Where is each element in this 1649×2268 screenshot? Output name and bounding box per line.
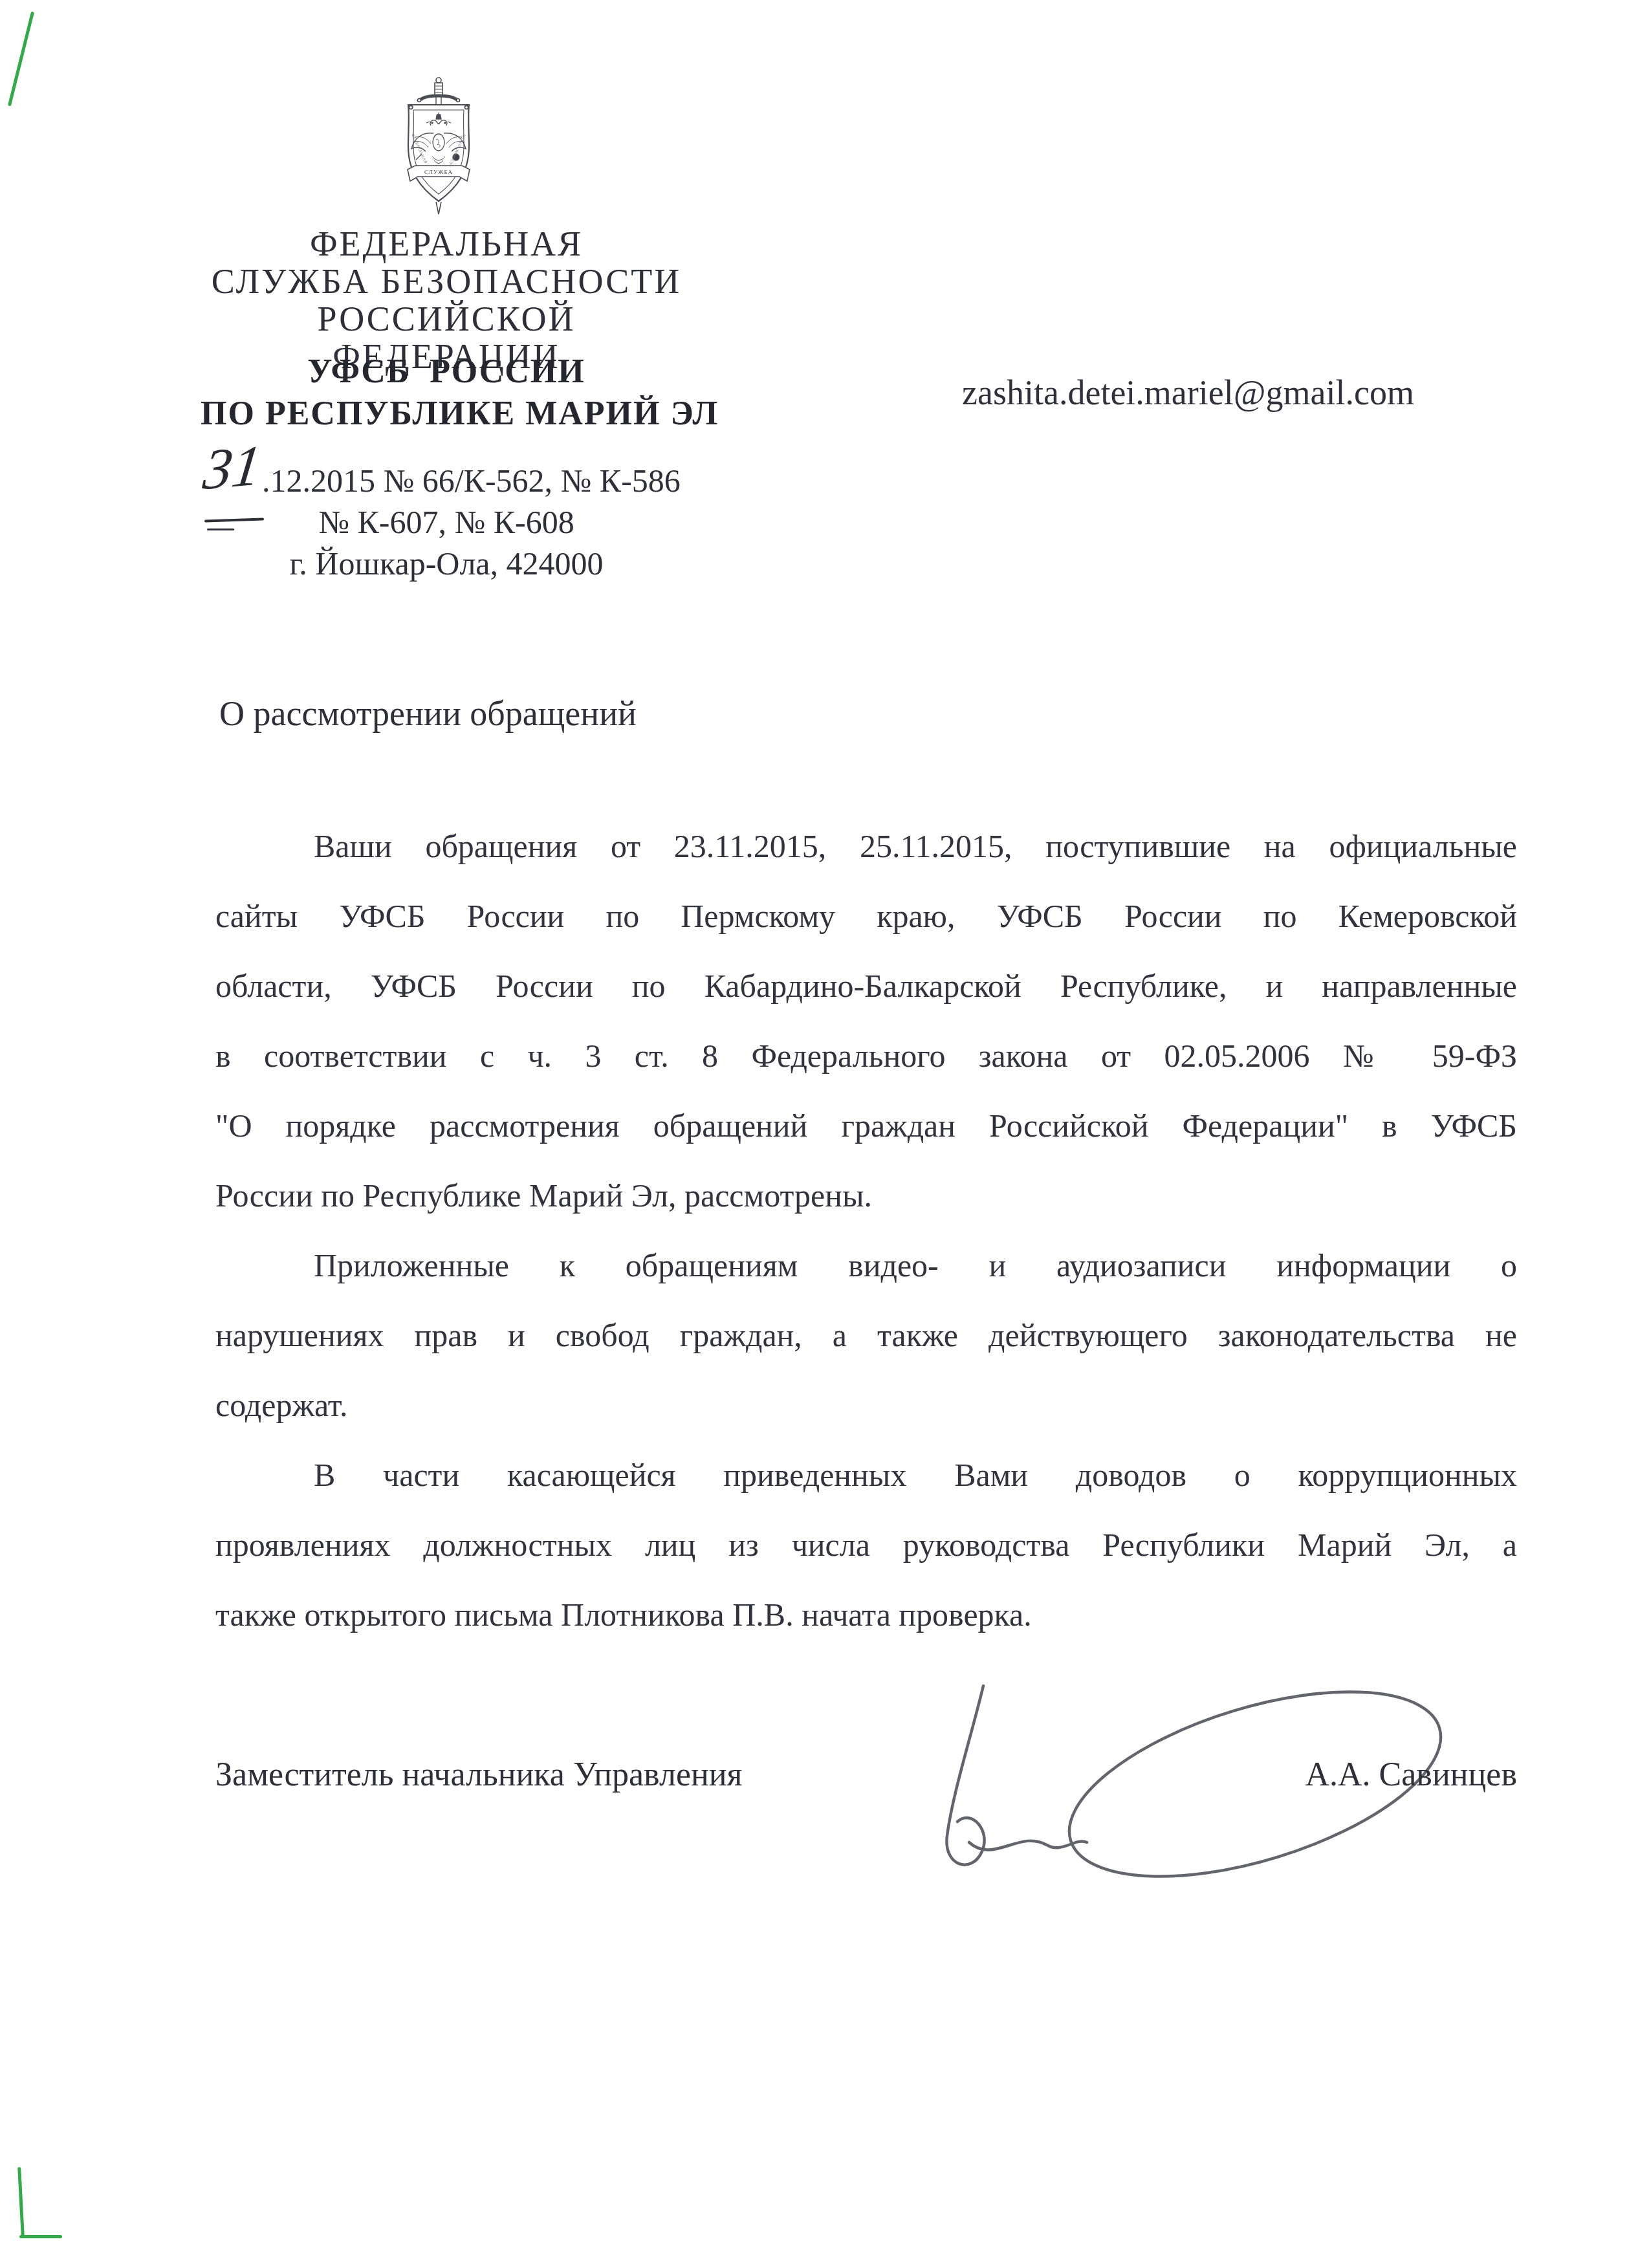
fsb-crest-icon: СЛУЖБА ФЕДЕРАЛЬНАЯ БЕЗОПАСНОСТИ [393,75,484,216]
letter-page: СЛУЖБА ФЕДЕРАЛЬНАЯ БЕЗОПАСНОСТИ ФЕДЕРАЛЬ… [0,0,1649,2268]
scan-mark-bottom-left-horizontal [19,2235,62,2238]
reference-numbers-line: № К-607, № К-608 [201,501,692,543]
reference-date-rest: .12.2015 № 66/К-562, № К-586 [262,463,681,499]
scan-mark-top-left [8,12,34,107]
unit-name-block: УФСБ РОССИИ ПО РЕСПУБЛИКЕ МАРИЙ ЭЛ [201,351,692,435]
signatory-name: А.А. Савинцев [1229,1754,1517,1796]
body-line: содержат. [215,1370,1517,1440]
body-line: нарушениях прав и свобод граждан, а такж… [215,1300,1517,1370]
handwritten-day-underline-2 [207,529,234,530]
sword-guard-icon [420,96,457,100]
unit-name-line-2: ПО РЕСПУБЛИКЕ МАРИЙ ЭЛ [201,393,692,435]
handwritten-day: 31 [201,445,263,492]
body-line: "О порядке рассмотрения обращений гражда… [215,1091,1517,1161]
sword-tip-icon [436,202,441,214]
body-line: в соответствии с ч. 3 ст. 8 Федерального… [215,1021,1517,1091]
reference-city-line: г. Йошкар-Ола, 424000 [201,543,692,584]
body-line: России по Республике Марий Эл, рассмотре… [215,1161,1517,1230]
org-name-line-1: ФЕДЕРАЛЬНАЯ [201,225,692,263]
body-line: Ваши обращения от 23.11.2015, 25.11.2015… [215,811,1517,881]
reference-block: 31.12.2015 № 66/К-562, № К-586 № К-607, … [201,453,692,584]
signature-title: Заместитель начальника Управления [215,1754,743,1796]
scan-mark-bottom-left-vertical [17,2167,25,2237]
body-line: сайты УФСБ России по Пермскому краю, УФС… [215,881,1517,951]
sword-pommel-icon [436,78,441,83]
ribbon-text: СЛУЖБА [424,169,453,175]
reference-date-line: 31.12.2015 № 66/К-562, № К-586 [201,453,692,501]
email-address: zashita.detei.mariel@gmail.com [962,372,1414,413]
unit-name-line-1: УФСБ РОССИИ [201,351,692,393]
body-line: Приложенные к обращениям видео- и аудиоз… [215,1230,1517,1300]
body-line: также открытого письма Плотникова П.В. н… [215,1580,1517,1650]
org-name-line-2: СЛУЖБА БЕЗОПАСНОСТИ [201,263,692,300]
body-line: области, УФСБ России по Кабардино-Балкар… [215,951,1517,1021]
subject-line: О рассмотрении обращений [219,692,637,736]
body-line: проявлениях должностных лиц из числа рук… [215,1510,1517,1580]
body-line: В части касающейся приведенных Вами дово… [215,1440,1517,1510]
